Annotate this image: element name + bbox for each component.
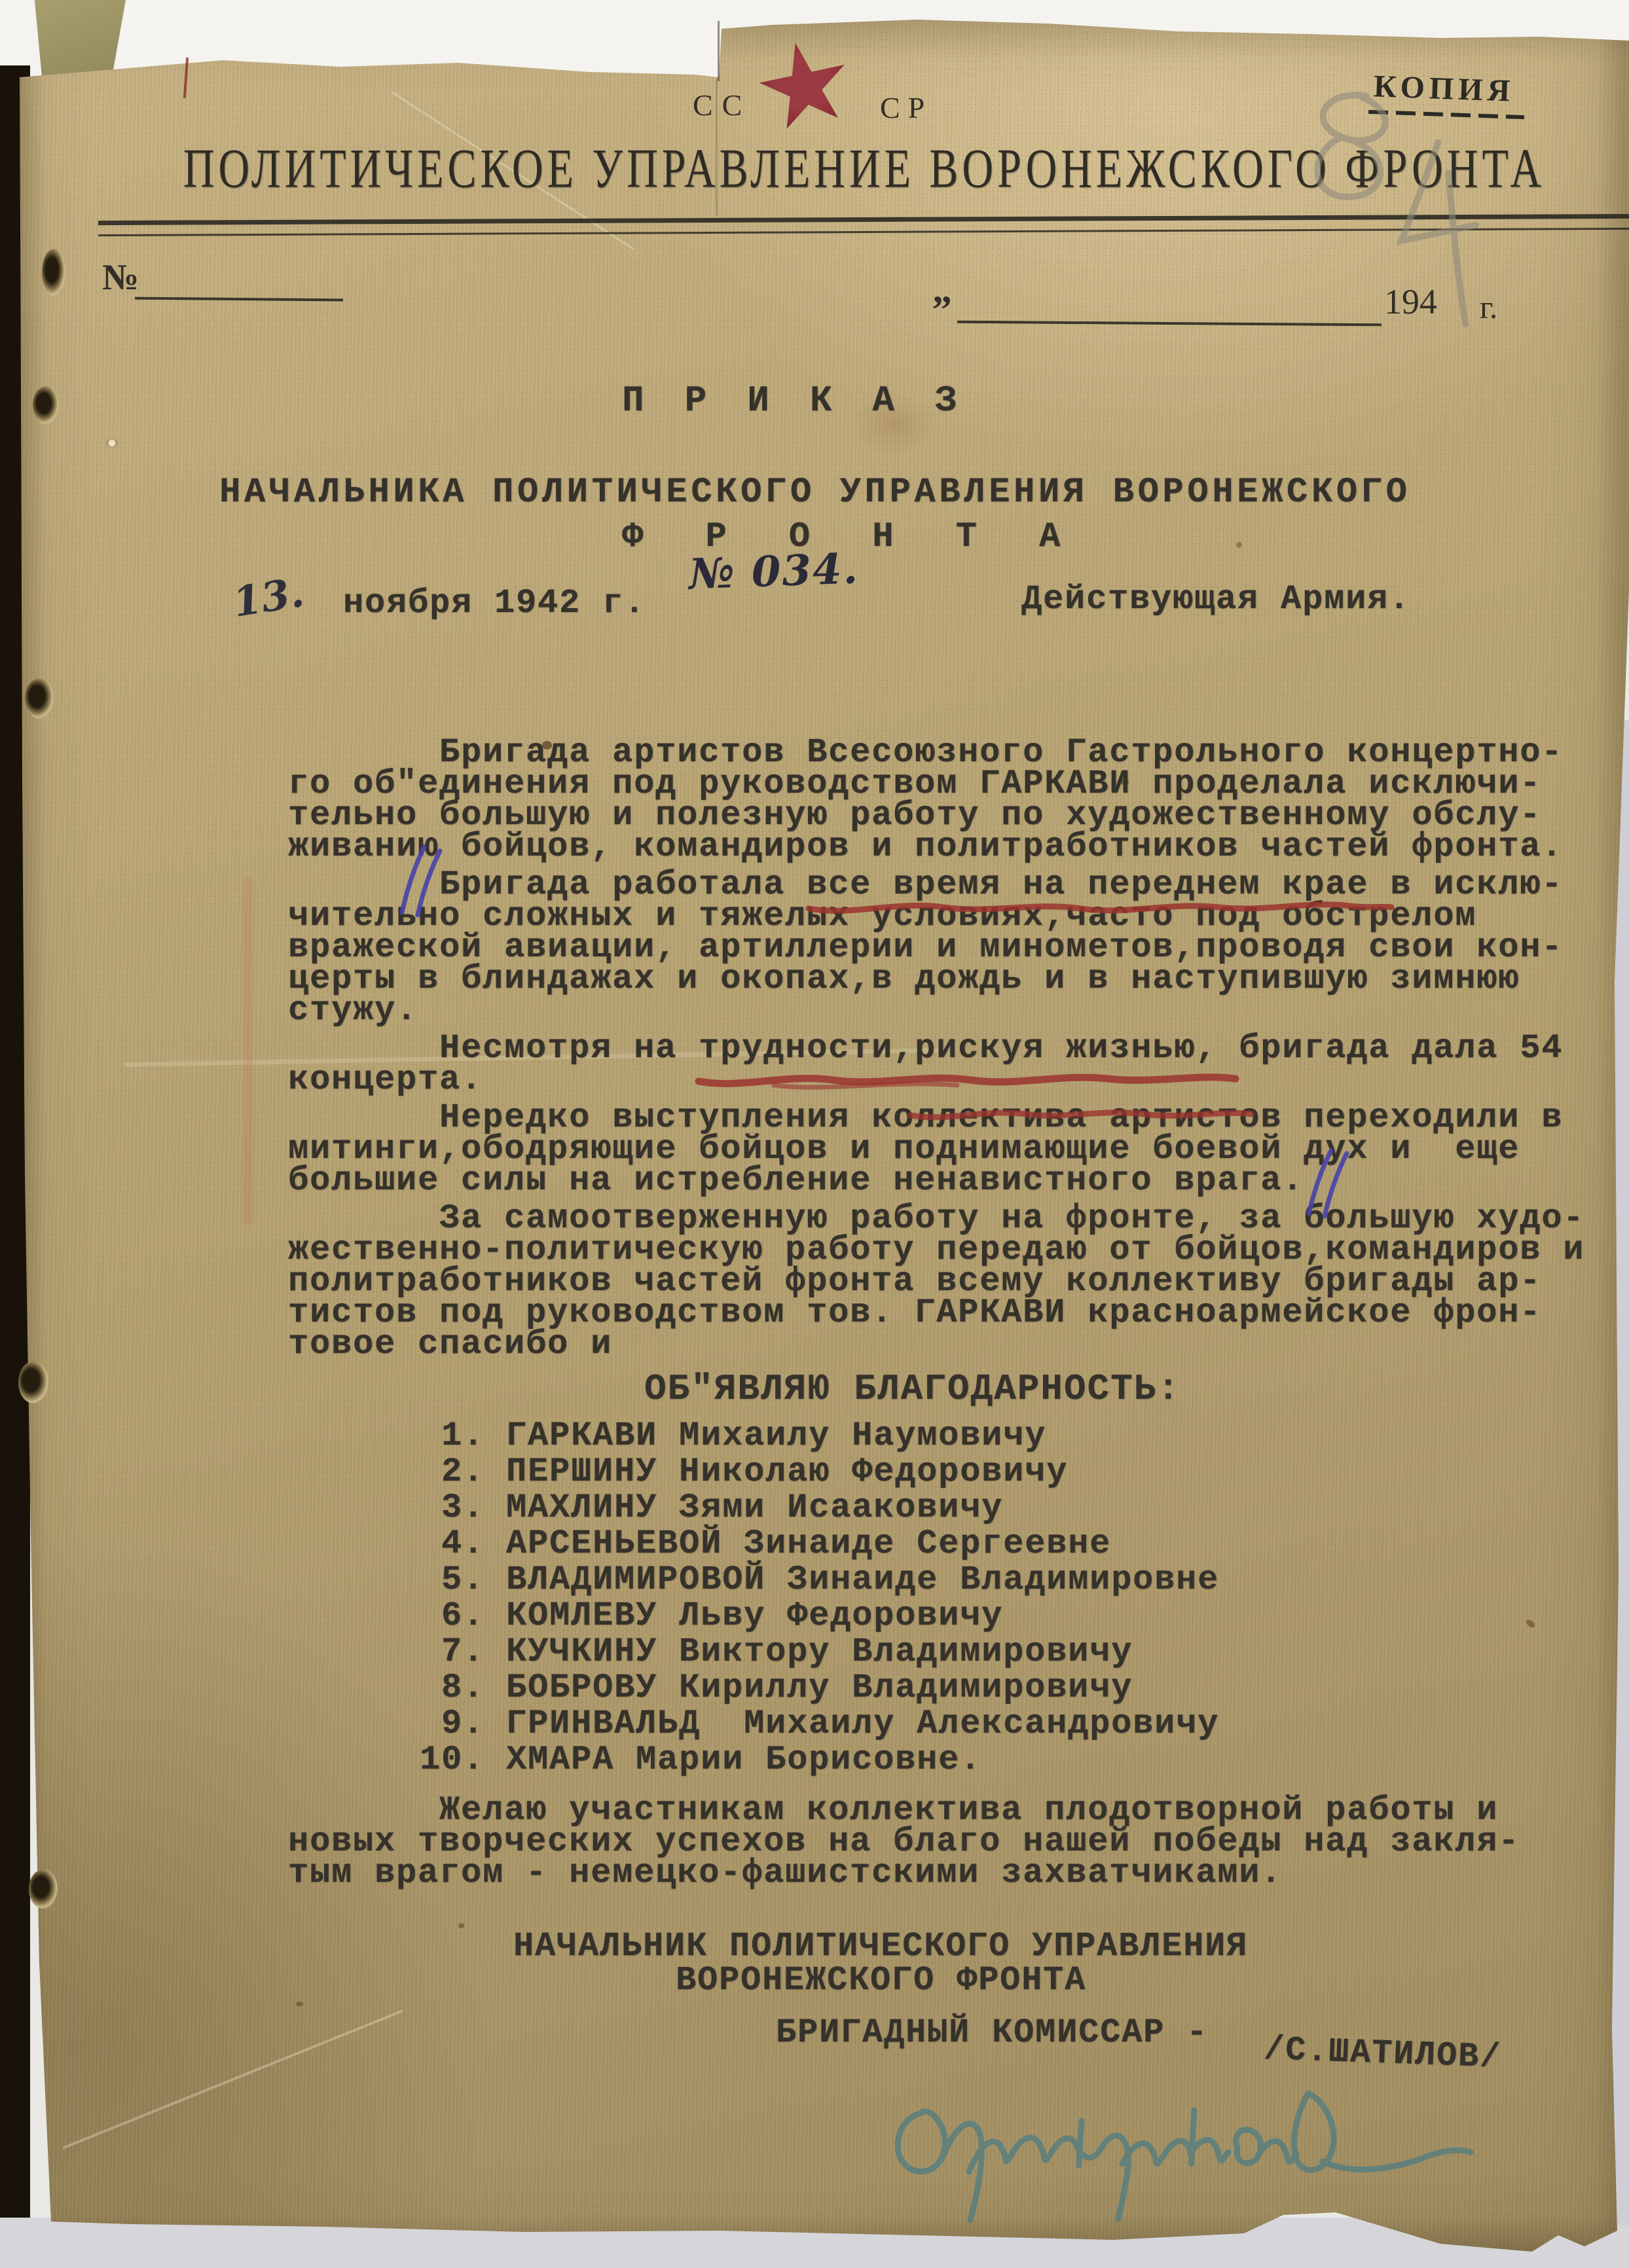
date-typed: ноября 1942 г. xyxy=(343,586,646,621)
order-subtitle-line1: НАЧАЛЬНИКА ПОЛИТИЧЕСКОГО УПРАВЛЕНИЯ ВОРО… xyxy=(219,475,1410,511)
order-number-handwritten: № 034. xyxy=(688,544,860,599)
gratitude-name-list: 1. ГАРКАВИ Михаилу Наумовичу 2. ПЕРШИНУ … xyxy=(420,1418,1219,1778)
punch-hole xyxy=(18,1361,48,1403)
gratitude-heading: ОБ"ЯВЛЯЮ БЛАГОДАРНОСТЬ: xyxy=(644,1371,1181,1407)
speck xyxy=(458,1923,464,1928)
red-underline-front-line xyxy=(805,895,1395,922)
signer-title-line2: ВОРОНЕЖСКОГО ФРОНТА xyxy=(676,1964,1086,1998)
signer-title-line1: НАЧАЛЬНИК ПОЛИТИЧЕСКОГО УПРАВЛЕНИЯ xyxy=(513,1930,1248,1964)
letterhead-country-left: СС xyxy=(693,88,751,122)
order-title: ПРИКАЗ xyxy=(622,382,998,419)
red-underline-second xyxy=(907,1104,1254,1127)
punch-hole xyxy=(29,1869,58,1909)
paragraph-5: За самоотверженную работу на фронте, за … xyxy=(288,1203,1584,1360)
pencil-note-84 xyxy=(1261,58,1516,358)
punch-hole xyxy=(42,249,65,296)
speck xyxy=(1236,542,1242,548)
red-streak xyxy=(244,877,253,1224)
scanned-document-order-034: СС СР КОПИЯ ПОЛИТИЧЕСКОЕ УПРАВЛЕНИЕ ВОРО… xyxy=(0,0,1629,2268)
punch-hole xyxy=(25,678,54,719)
signature-shatilov xyxy=(871,2055,1486,2232)
red-underline-risking-life xyxy=(695,1066,1239,1094)
pin-mark xyxy=(107,439,117,448)
blue-double-slash-mark-end xyxy=(1300,1147,1359,1219)
paragraph-1: Бригада артистов Всесоюзного Гастрольног… xyxy=(288,737,1563,863)
punch-hole xyxy=(33,386,59,424)
speck xyxy=(296,2002,303,2006)
letterhead-country-right: СР xyxy=(880,90,932,125)
date-open-quote: „ xyxy=(932,267,952,312)
blue-double-slash-mark-start xyxy=(392,843,450,918)
number-label: № xyxy=(102,257,139,298)
signer-rank: БРИГАДНЫЙ КОМИССАР - xyxy=(776,2016,1208,2050)
army-note: Действующая Армия. xyxy=(1021,583,1410,617)
paragraph-2: Бригада работала все время на переднем к… xyxy=(288,869,1563,1026)
closing-paragraph: Желаю участникам коллектива плодотворной… xyxy=(288,1795,1520,1889)
paper-seam-crease xyxy=(718,21,720,81)
